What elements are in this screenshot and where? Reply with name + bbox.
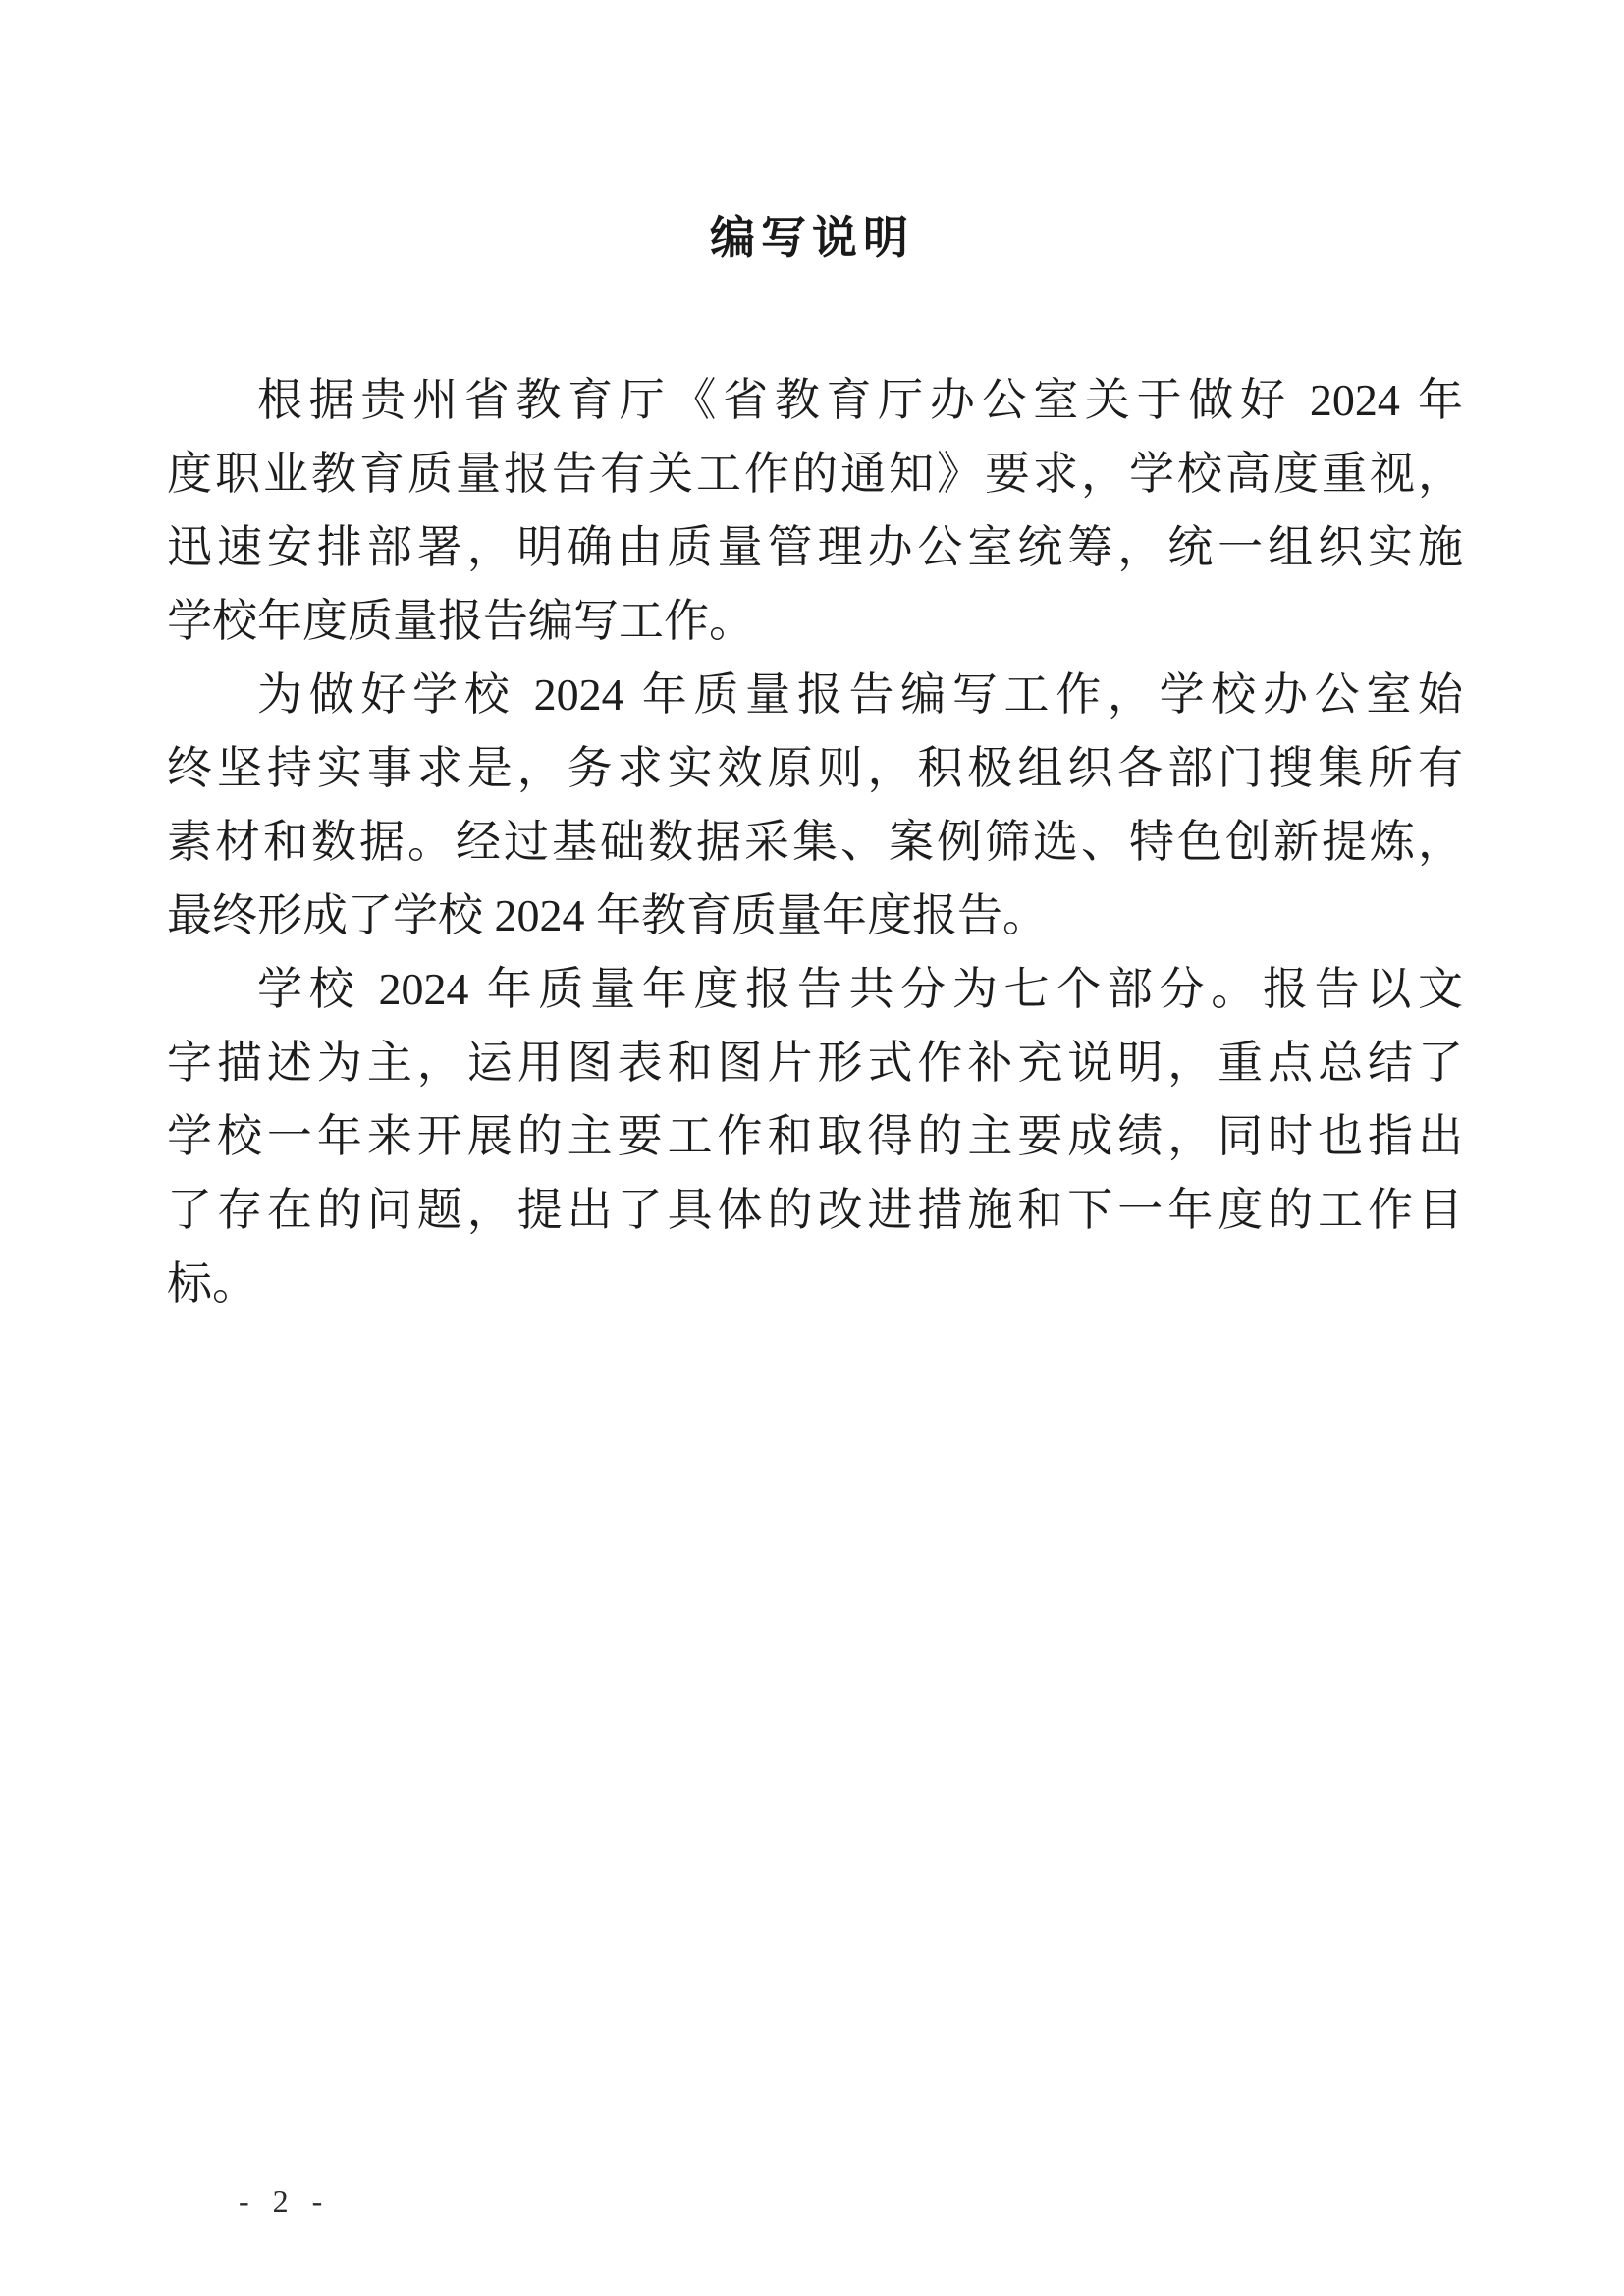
text-line: 学校一年来开展的主要工作和取得的主要成绩，同时也指出 xyxy=(167,1099,1463,1173)
page-number: - 2 - xyxy=(239,2181,330,2220)
paragraph: 为做好学校 2024 年质量报告编写工作，学校办公室始终坚持实事求是，务求实效原… xyxy=(167,658,1463,952)
document-page: 编写说明 根据贵州省教育厅《省教育厅办公室关于做好 2024 年度职业教育质量报… xyxy=(0,0,1624,2296)
text-line: 了存在的问题，提出了具体的改进措施和下一年度的工作目 xyxy=(167,1173,1463,1247)
text-line: 度职业教育质量报告有关工作的通知》要求，学校高度重视， xyxy=(167,437,1463,510)
text-line: 素材和数据。经过基础数据采集、案例筛选、特色创新提炼， xyxy=(167,805,1463,879)
text-line: 学校年度质量报告编写工作。 xyxy=(167,584,1463,658)
text-line: 标。 xyxy=(167,1247,1463,1320)
paragraph: 根据贵州省教育厅《省教育厅办公室关于做好 2024 年度职业教育质量报告有关工作… xyxy=(167,363,1463,658)
paragraph: 学校 2024 年质量年度报告共分为七个部分。报告以文字描述为主，运用图表和图片… xyxy=(167,952,1463,1320)
text-line: 终坚持实事求是，务求实效原则，积极组织各部门搜集所有 xyxy=(167,731,1463,805)
text-line: 字描述为主，运用图表和图片形式作补充说明，重点总结了 xyxy=(167,1026,1463,1099)
text-line: 学校 2024 年质量年度报告共分为七个部分。报告以文 xyxy=(167,952,1463,1026)
document-body: 根据贵州省教育厅《省教育厅办公室关于做好 2024 年度职业教育质量报告有关工作… xyxy=(167,363,1463,1320)
text-line: 根据贵州省教育厅《省教育厅办公室关于做好 2024 年 xyxy=(167,363,1463,437)
text-line: 为做好学校 2024 年质量报告编写工作，学校办公室始 xyxy=(167,658,1463,731)
text-line: 最终形成了学校 2024 年教育质量年度报告。 xyxy=(167,879,1463,952)
text-line: 迅速安排部署，明确由质量管理办公室统筹，统一组织实施 xyxy=(167,510,1463,584)
page-title: 编写说明 xyxy=(0,208,1624,267)
